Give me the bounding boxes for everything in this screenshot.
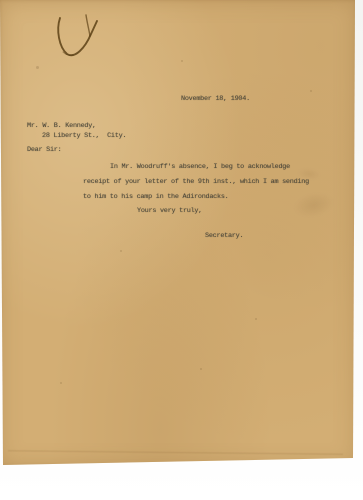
letter-paper: November 18, 1904. Mr. W. B. Kennedy, 28… <box>0 0 356 466</box>
scan-background: November 18, 1904. Mr. W. B. Kennedy, 28… <box>0 0 363 500</box>
paper-speck <box>60 382 62 384</box>
letter-date: November 18, 1904. <box>181 95 250 103</box>
recipient-name: Mr. W. B. Kennedy, <box>27 122 96 130</box>
paper-speck <box>255 318 257 320</box>
closing: Yours very truly, <box>137 207 202 215</box>
paper-speck <box>120 250 122 252</box>
paper-smudge <box>290 188 338 223</box>
salutation: Dear Sir: <box>27 146 61 154</box>
recipient-address: 28 Liberty St., City. <box>42 132 126 140</box>
paper-crease <box>8 450 343 455</box>
body-line: receipt of your letter of the 9th inst.,… <box>83 178 309 186</box>
body-line: to him to his camp in the Adirondacks. <box>83 193 229 201</box>
paper-speck <box>200 368 202 370</box>
body-line: In Mr. Woodruff's absence, I beg to ackn… <box>110 163 290 171</box>
signature: Secretary. <box>205 232 243 240</box>
